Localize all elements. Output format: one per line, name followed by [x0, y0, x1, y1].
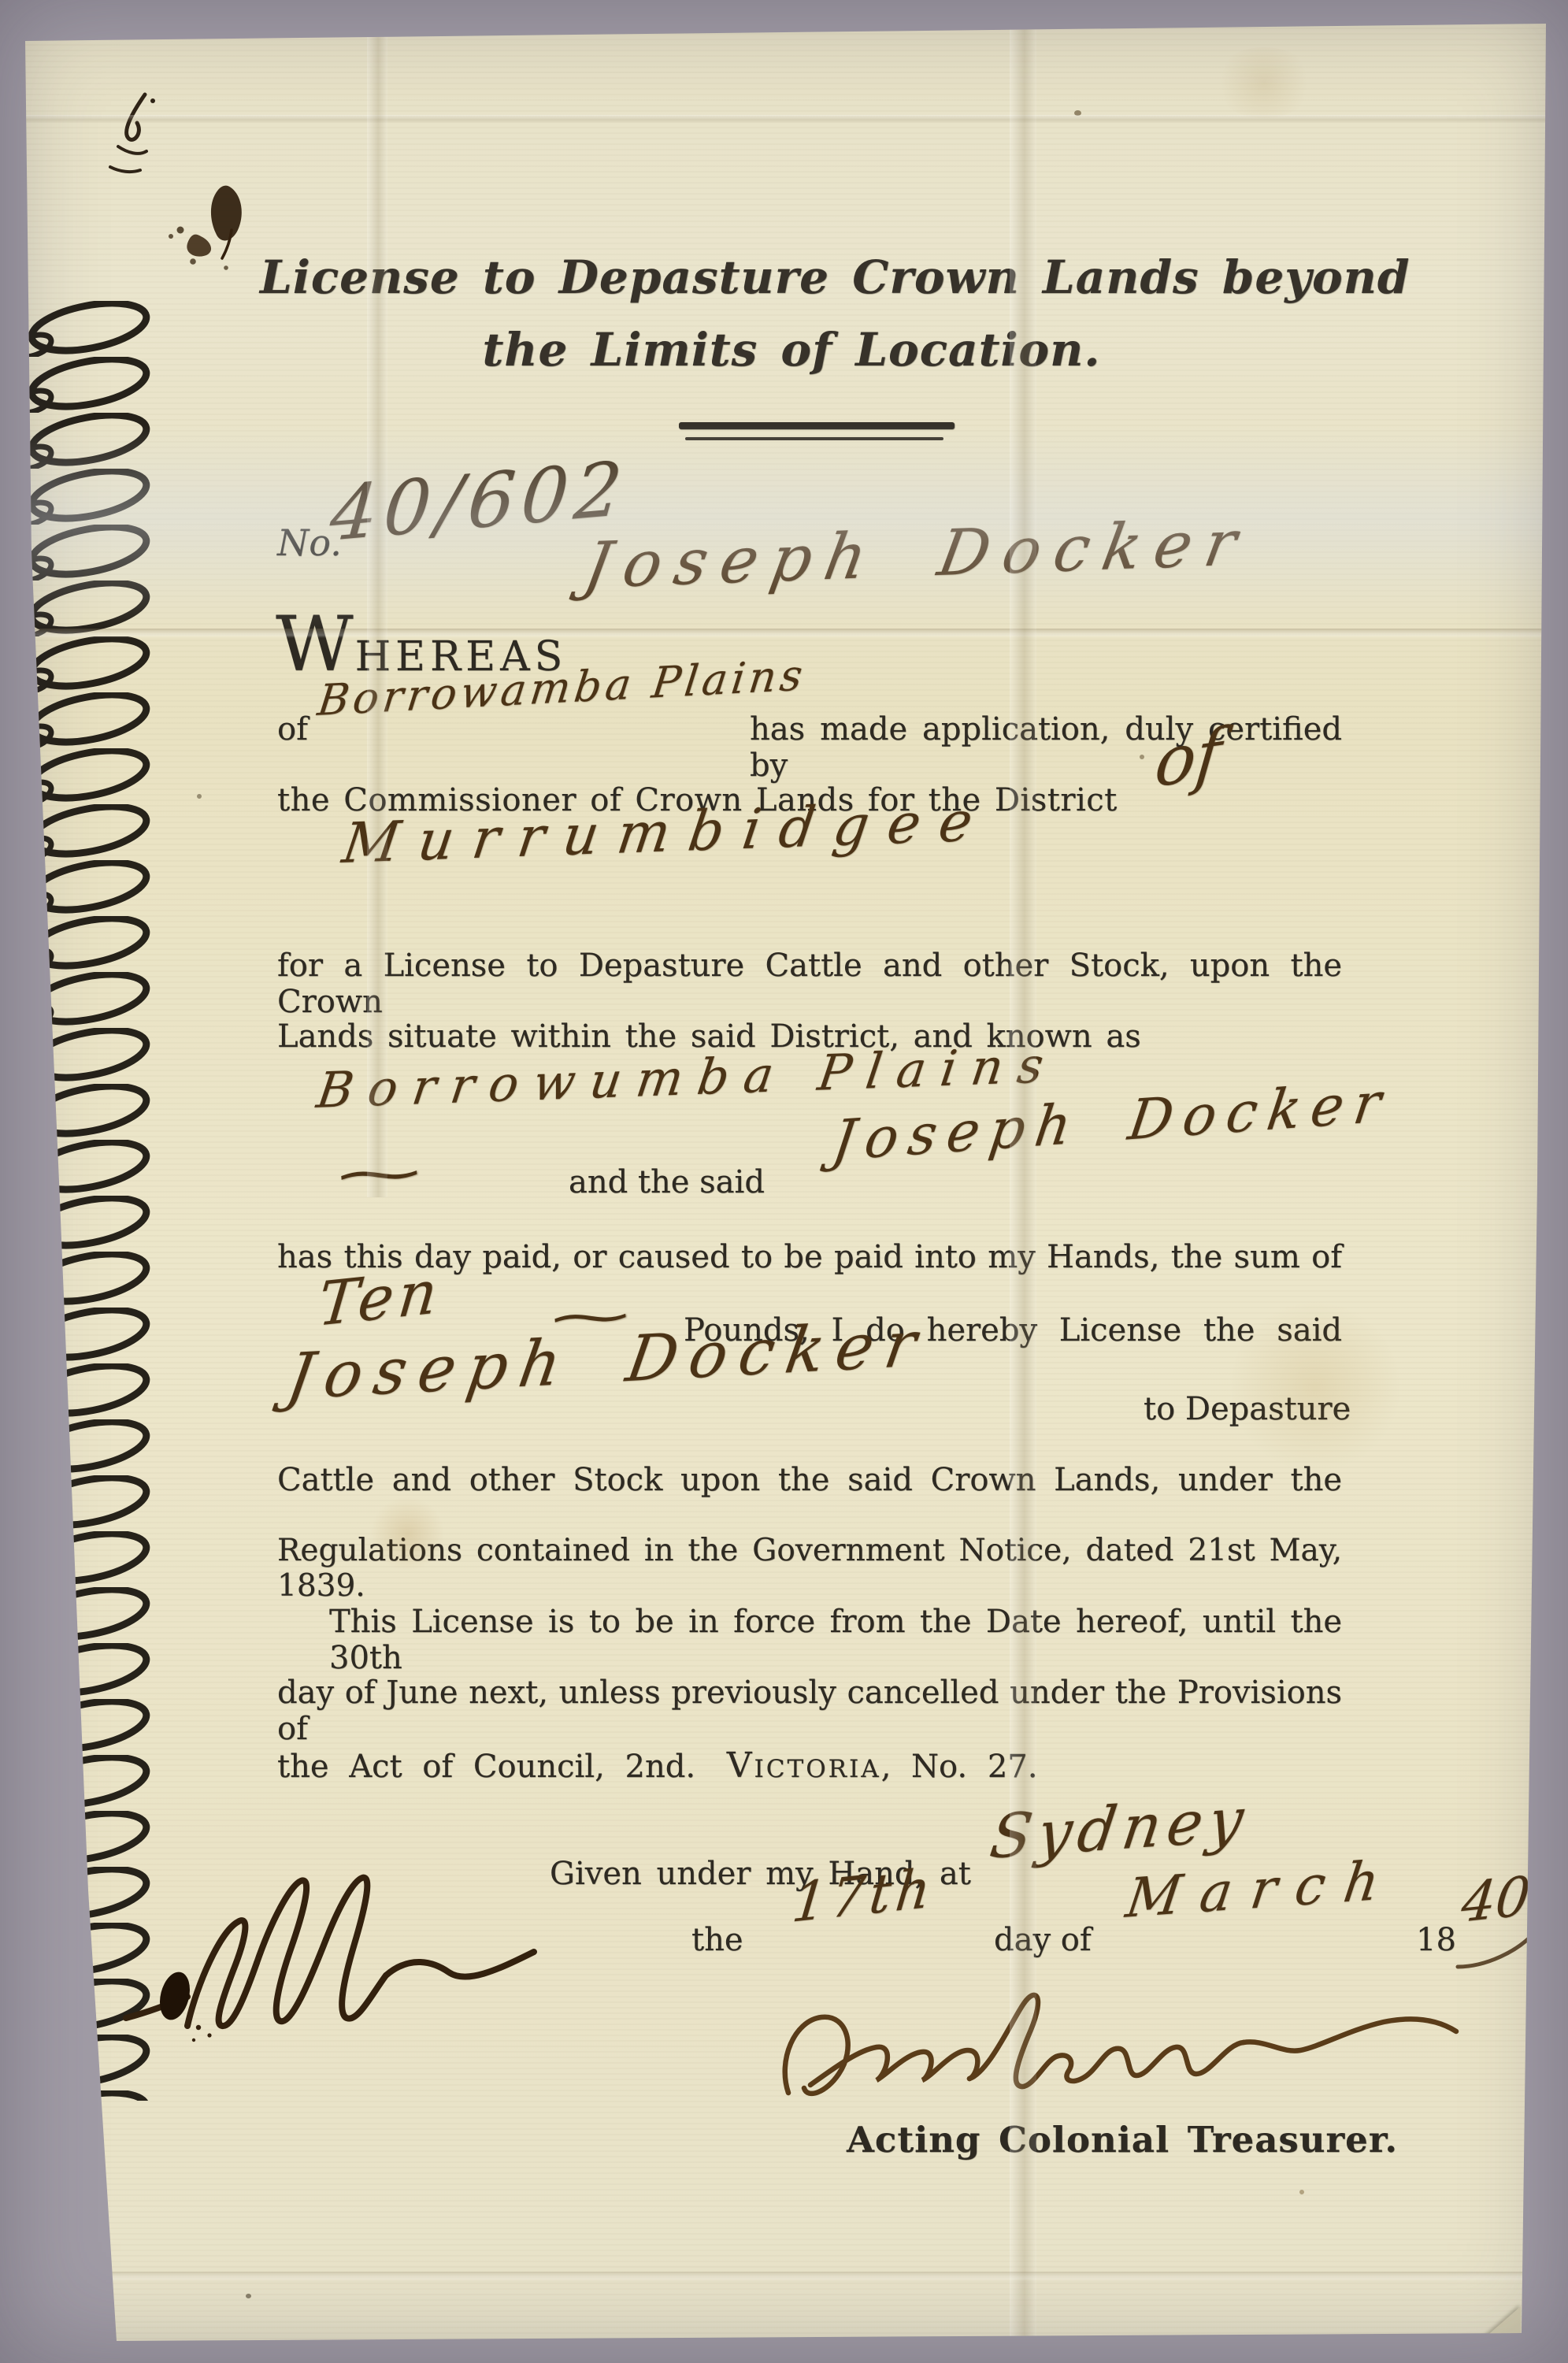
- place-handwritten: Sydney: [986, 1783, 1254, 1872]
- force-line-1: This License is to be in force from the …: [277, 1604, 1342, 1676]
- of-label: of: [277, 711, 308, 747]
- the-label: the: [691, 1922, 743, 1958]
- ink-speck: [1074, 110, 1081, 116]
- ink-speck: [1299, 2190, 1304, 2194]
- to-depasture-line: to Depasture: [1144, 1391, 1351, 1427]
- year-flourish: [1453, 1910, 1567, 1981]
- license-document: License to Depasture Crown Lands beyond …: [0, 0, 1568, 2363]
- act-line-pre: the Act of Council, 2nd.: [277, 1749, 695, 1785]
- document-title: License to Depasture Crown Lands beyond …: [260, 250, 1323, 377]
- act-line-post: , No. 27.: [881, 1749, 1038, 1785]
- paper-stain: [1213, 47, 1315, 118]
- grantee-name-handwritten-1: Joseph Docker: [579, 506, 1255, 603]
- fold-crease-bottom: [0, 2272, 1568, 2281]
- pen-mark: [96, 88, 171, 187]
- day-of-label: day of: [994, 1922, 1092, 1958]
- application-line: has made application, duly certified by: [750, 711, 1342, 784]
- license-line-1: for a License to Depasture Cattle and ot…: [277, 948, 1342, 1020]
- fold-crease-middle: [0, 629, 1568, 638]
- ink-speck: [1140, 755, 1144, 759]
- act-name: Victoria: [727, 1745, 881, 1786]
- scan-background: { "scan": { "background_color": "#a19ca6…: [0, 0, 1568, 2363]
- license-number-handwritten: 40/602: [327, 446, 632, 558]
- month-handwritten: March: [1122, 1849, 1402, 1931]
- title-line-1: License to Depasture Crown Lands beyond: [260, 250, 1323, 304]
- ink-speck: [246, 2294, 251, 2298]
- district-of-handwritten: of: [1151, 714, 1225, 803]
- filler-dash-1: ~: [326, 1144, 432, 1204]
- year-printed: 18: [1416, 1922, 1456, 1958]
- act-line: the Act of Council, 2nd. Victoria, No. 2…: [277, 1745, 1037, 1786]
- regulations-line: Regulations contained in the Government …: [277, 1533, 1342, 1604]
- title-line-2: the Limits of Location.: [260, 323, 1323, 377]
- office-title: Acting Colonial Treasurer.: [847, 2119, 1398, 2161]
- fold-crease-top: [0, 115, 1568, 123]
- clerk-initials-signature: [102, 1827, 559, 2048]
- ink-speck: [197, 794, 202, 799]
- cattle-line: Cattle and other Stock upon the said Cro…: [277, 1462, 1342, 1498]
- folded-corner: [1485, 2306, 1521, 2338]
- and-the-said-line: and the said: [569, 1164, 765, 1200]
- title-rule: [679, 422, 955, 440]
- sum-amount-handwritten: Ten: [315, 1256, 445, 1340]
- force-line-2: day of June next, unless previously canc…: [277, 1675, 1342, 1747]
